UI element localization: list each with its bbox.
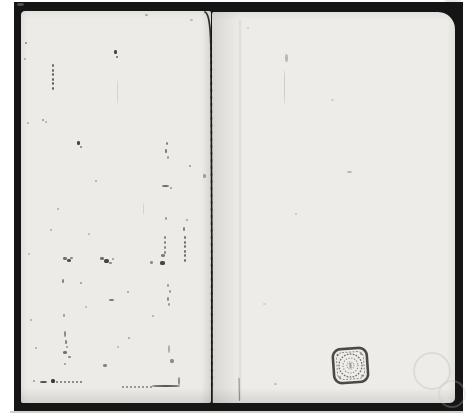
left-page	[21, 11, 211, 403]
paper-watermark-circle	[438, 380, 466, 408]
right-page	[212, 12, 455, 403]
seal-stamp-icon	[330, 345, 373, 388]
scanned-book-spread	[0, 0, 468, 413]
